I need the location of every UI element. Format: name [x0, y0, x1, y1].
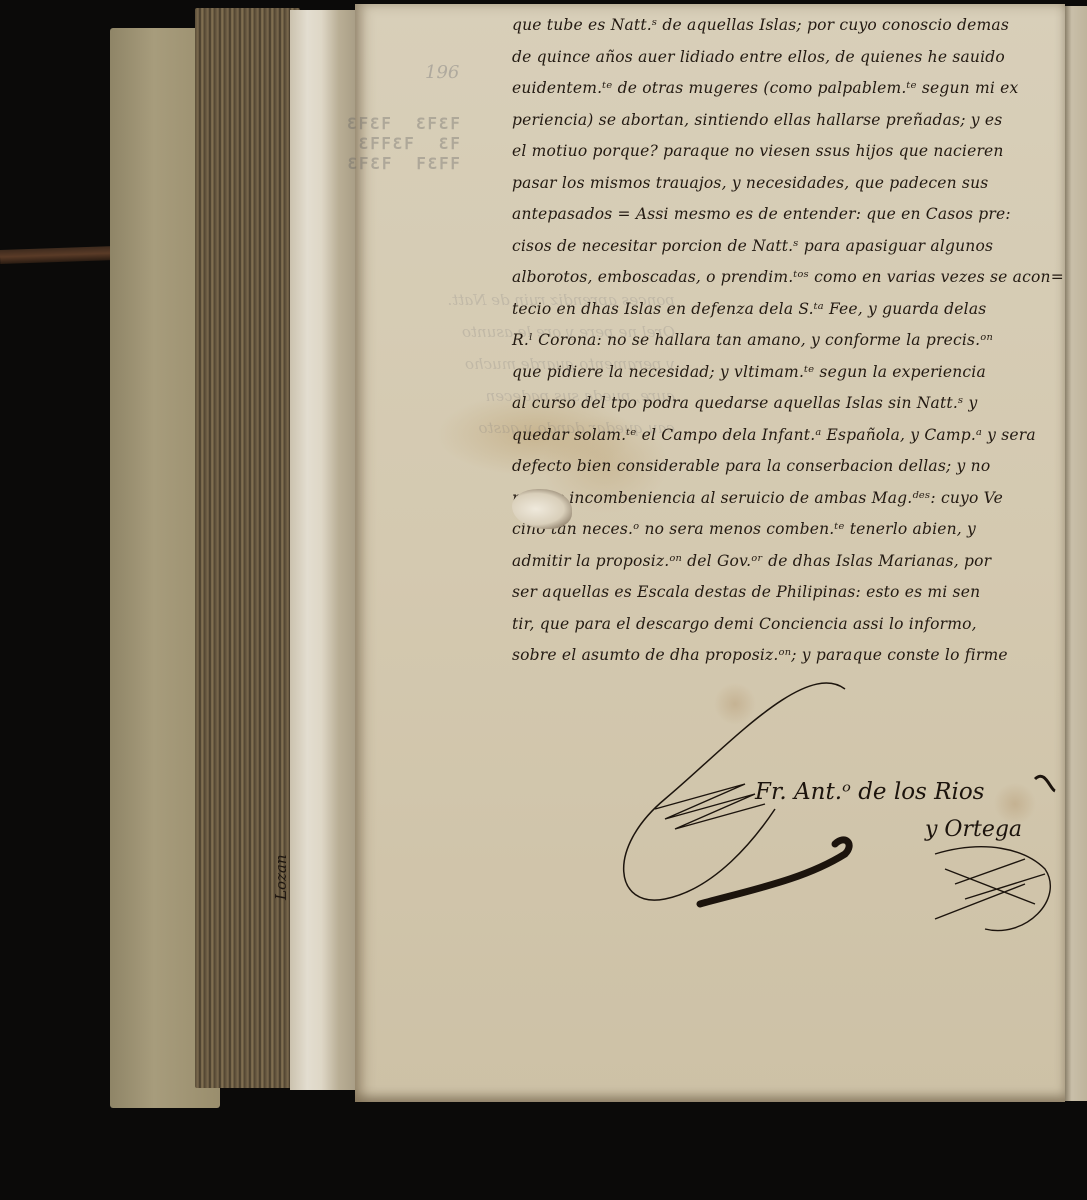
facing-page-edge [1065, 6, 1087, 1101]
text-line: que pidiere la necesidad; y vltimam.ᵗᵉ s… [512, 357, 1057, 389]
text-line: quedar solam.ᵗᵉ el Campo dela Infant.ᵃ E… [512, 420, 1057, 452]
text-line: R.ˡ Corona: no se hallara tan amano, y c… [512, 325, 1057, 357]
text-line: al curso del tpo podra quedarse aquellas… [512, 388, 1057, 420]
bleedthrough-stamp: ꟻ3ꟻ3 ꟻ3ꟻ3 ꟻ3 ꟻ3ꟻꟻ3 ꟻꟻ3ꟻ ꟻ3ꟻ3 [345, 114, 460, 174]
text-line: tir, que para el descargo demi Concienci… [512, 609, 1057, 641]
text-line: el motiuo porque? paraque no viesen ssus… [512, 136, 1057, 168]
faint-page-number: 196 [425, 62, 459, 83]
signature-block: Fr. Ant.ᵒ de los Rios y Ortega [605, 669, 1065, 959]
text-line: periencia) se abortan, sintiendo ellas h… [512, 105, 1057, 137]
text-line: euidentem.ᵗᵉ de otras mugeres (como palp… [512, 73, 1057, 105]
manuscript-photograph: Lozan 196 ꟻ3ꟻ3 ꟻ3ꟻ3 ꟻ3 ꟻ3ꟻꟻ3 ꟻꟻ3ꟻ ꟻ3ꟻ3 p… [0, 0, 1087, 1200]
signature-flourish-icon [605, 669, 1065, 959]
text-line: defecto bien considerable para la conser… [512, 451, 1057, 483]
text-line: cino tan neces.ᵒ no sera menos comben.ᵗᵉ… [512, 514, 1057, 546]
signature-surname: y Ortega [925, 817, 1022, 842]
manuscript-page: 196 ꟻ3ꟻ3 ꟻ3ꟻ3 ꟻ3 ꟻ3ꟻꟻ3 ꟻꟻ3ꟻ ꟻ3ꟻ3 ponces … [355, 4, 1065, 1102]
text-line: antepasados = Assi mesmo es de entender:… [512, 199, 1057, 231]
text-line: ser aquellas es Escala destas de Philipi… [512, 577, 1057, 609]
handwritten-text-block: que tube es Natt.ˢ de aquellas Islas; po… [512, 10, 1057, 672]
margin-note: Lozan [272, 855, 290, 901]
text-line: tecio en dhas Islas en defenza dela S.ᵗᵃ… [512, 294, 1057, 326]
signature-name: Fr. Ant.ᵒ de los Rios [755, 779, 984, 805]
text-line: pasar los mismos trauajos, y necesidades… [512, 168, 1057, 200]
page-edges-fore-edge [195, 8, 300, 1088]
text-line: sobre el asumto de dha proposiz.ᵒⁿ; y pa… [512, 640, 1057, 672]
text-line: cisos de necesitar porcion de Natt.ˢ par… [512, 231, 1057, 263]
text-line: admitir la proposiz.ᵒⁿ del Gov.ᵒʳ de dha… [512, 546, 1057, 578]
leather-tie-strap [0, 246, 116, 264]
text-line: alborotos, emboscadas, o prendim.ᵗᵒˢ com… [512, 262, 1057, 294]
text-line: menos incombeniencia al seruicio de amba… [512, 483, 1057, 515]
text-line: de quince años auer lidiado entre ellos,… [512, 42, 1057, 74]
text-line: que tube es Natt.ˢ de aquellas Islas; po… [512, 10, 1057, 42]
